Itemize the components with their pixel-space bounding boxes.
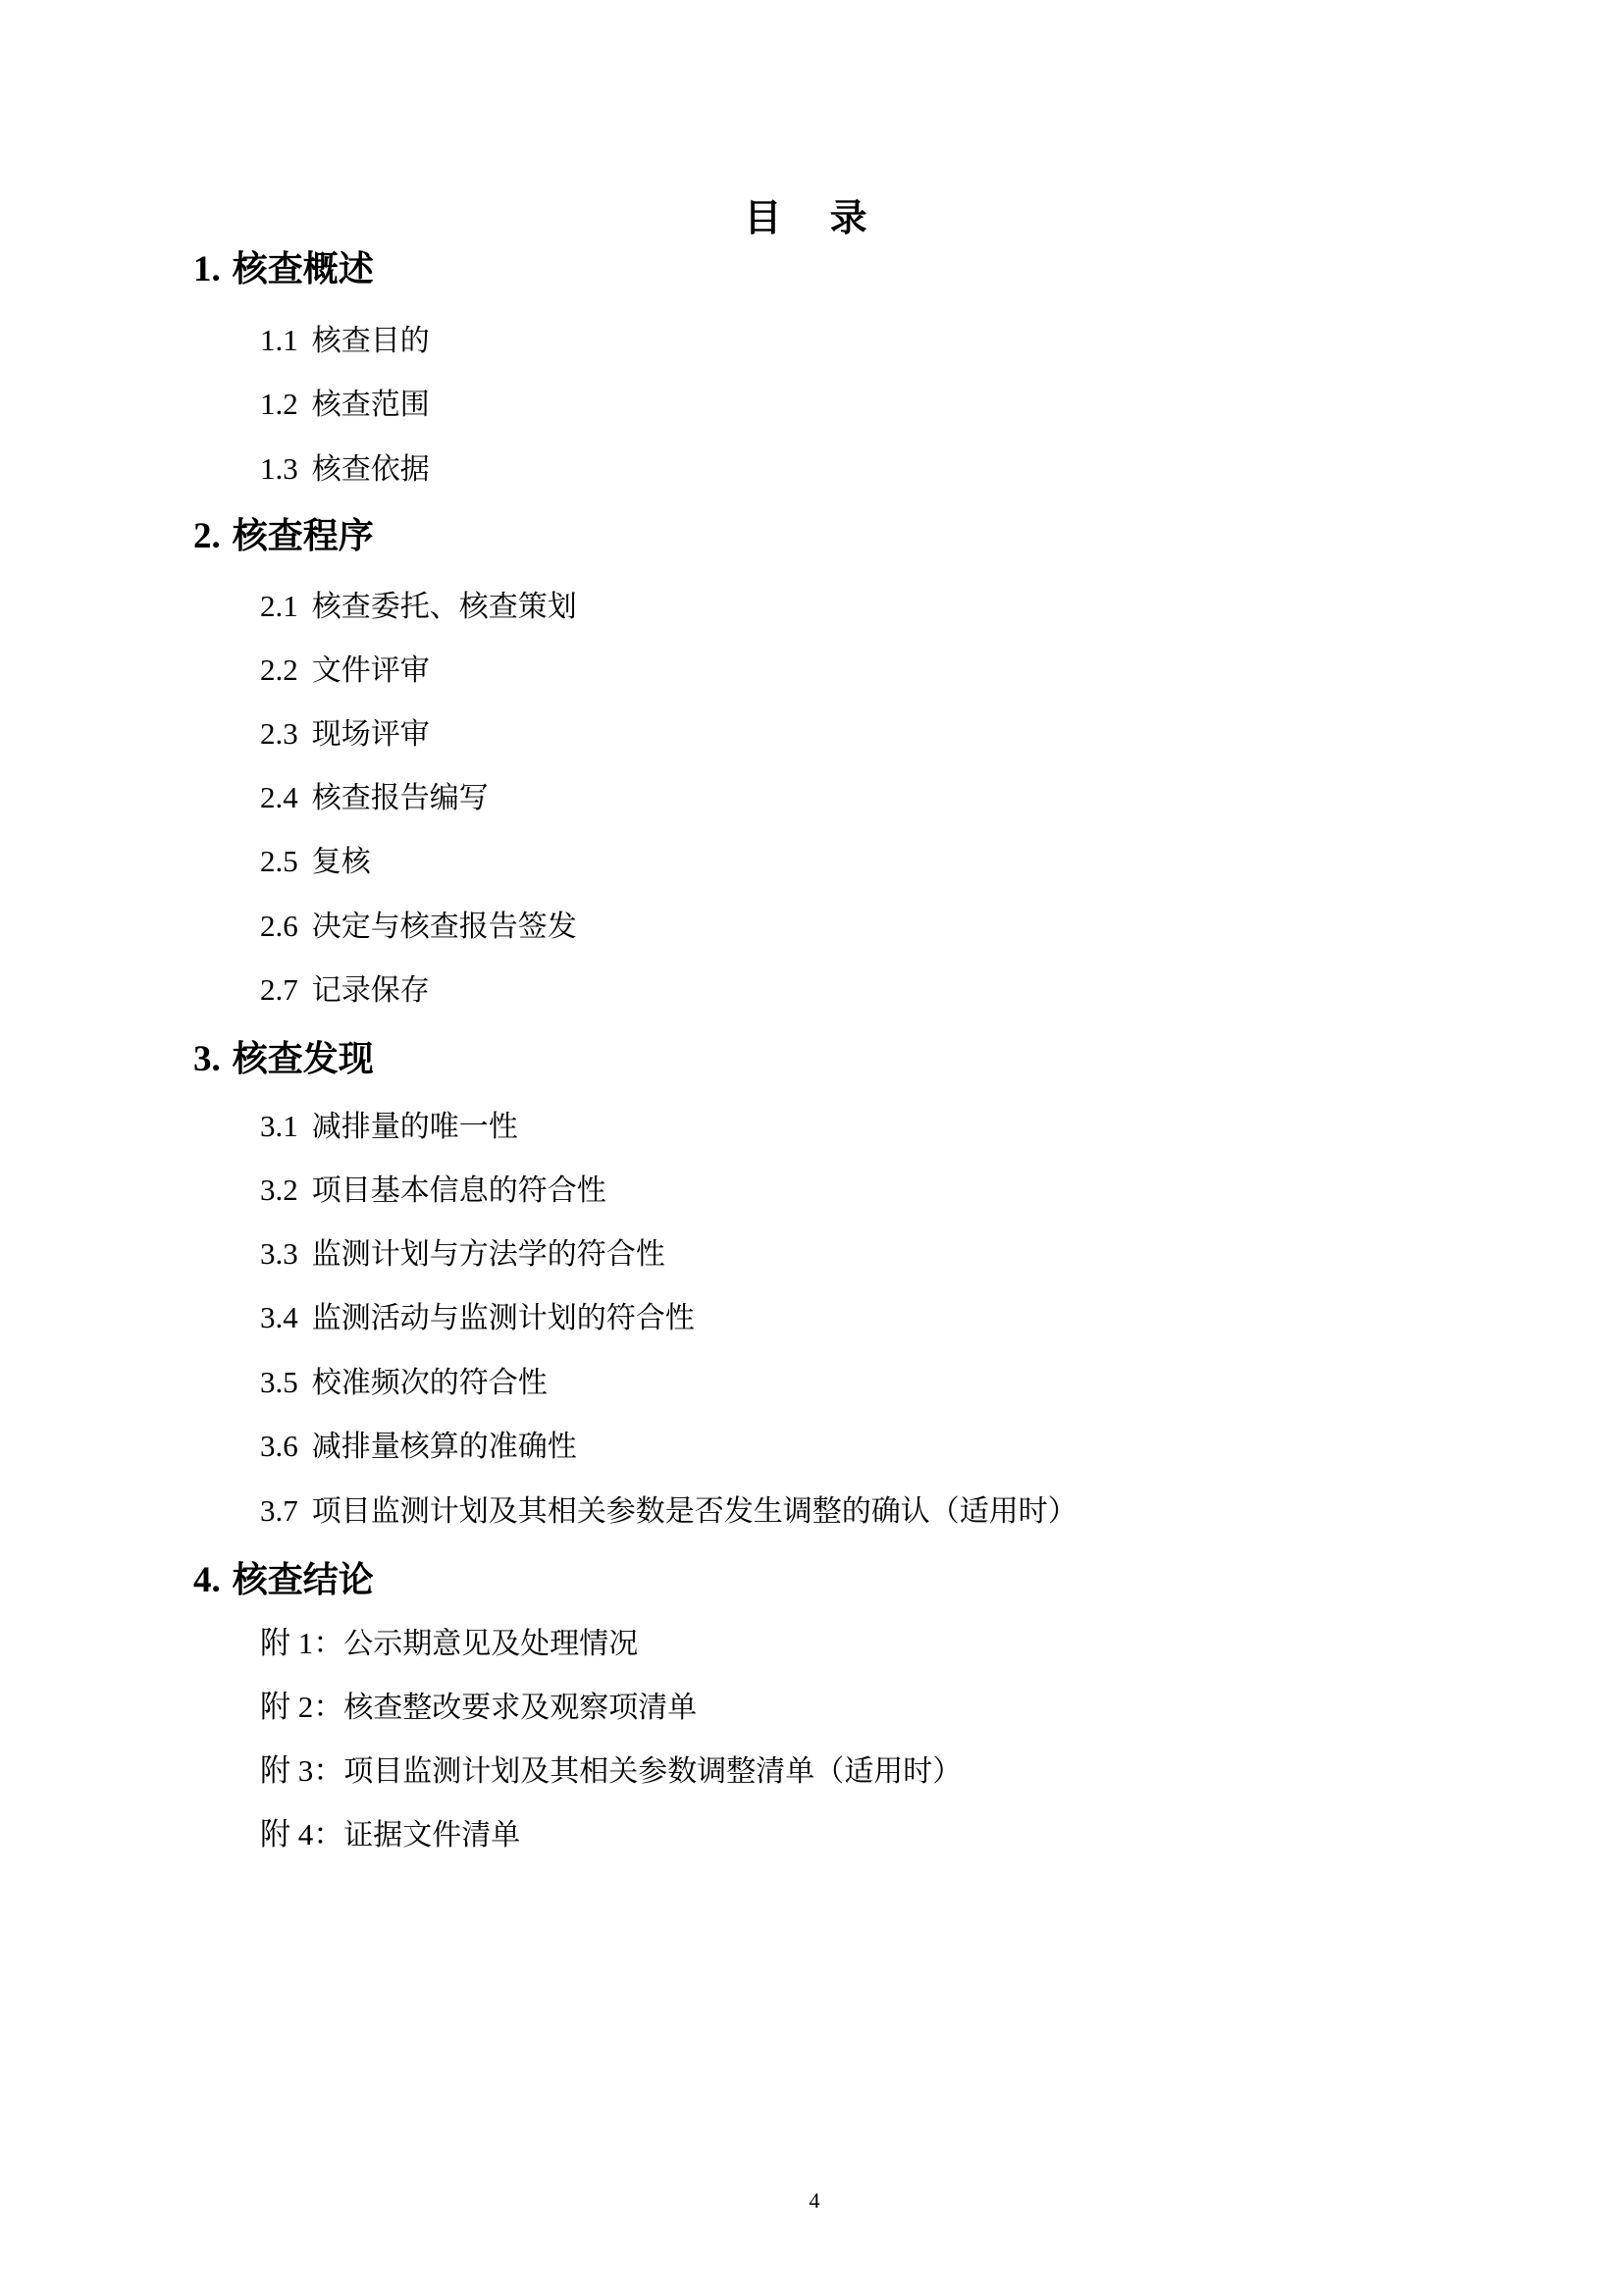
item-label: 记录保存: [312, 973, 430, 1008]
section-number: 2.: [193, 516, 221, 556]
toc-item-2-1[interactable]: 2.1核查委托、核查策划: [260, 587, 577, 627]
toc-appendix-4[interactable]: 附 4：证据文件清单: [260, 1815, 520, 1855]
toc-item-3-7[interactable]: 3.7项目监测计划及其相关参数是否发生调整的确认（适用时）: [260, 1491, 1077, 1532]
toc-section-2[interactable]: 2.核查程序: [193, 515, 374, 558]
section-number: 3.: [193, 1039, 221, 1079]
appendix-label: 公示期意见及处理情况: [343, 1627, 638, 1661]
section-label: 核查结论: [233, 1560, 374, 1600]
appendix-prefix: 附 3：: [260, 1753, 343, 1788]
toc-item-2-2[interactable]: 2.2文件评审: [260, 651, 430, 691]
toc-appendix-1[interactable]: 附 1：公示期意见及处理情况: [260, 1624, 638, 1664]
item-label: 核查范围: [312, 388, 430, 422]
appendix-label: 证据文件清单: [343, 1818, 520, 1852]
toc-item-2-6[interactable]: 2.6决定与核查报告签发: [260, 907, 577, 947]
section-number: 4.: [193, 1560, 221, 1600]
item-label: 监测计划与方法学的符合性: [312, 1237, 665, 1272]
page-number: 4: [0, 2186, 1624, 2216]
item-number: 3.2: [260, 1173, 298, 1207]
toc-item-1-3[interactable]: 1.3核查依据: [260, 449, 430, 490]
appendix-label: 核查整改要求及观察项清单: [343, 1691, 697, 1725]
item-number: 3.6: [260, 1429, 298, 1463]
item-number: 3.1: [260, 1109, 298, 1143]
toc-item-3-6[interactable]: 3.6减排量核算的准确性: [260, 1427, 577, 1467]
item-label: 核查报告编写: [312, 781, 489, 815]
item-label: 校准频次的符合性: [312, 1366, 548, 1400]
item-number: 2.6: [260, 909, 298, 943]
toc-item-1-2[interactable]: 1.2核查范围: [260, 385, 430, 425]
toc-item-2-7[interactable]: 2.7记录保存: [260, 970, 430, 1011]
section-number: 1.: [193, 249, 221, 289]
item-label: 核查委托、核查策划: [312, 590, 577, 624]
item-number: 1.1: [260, 323, 298, 357]
item-label: 核查目的: [312, 324, 430, 358]
toc-item-2-3[interactable]: 2.3现场评审: [260, 714, 430, 755]
toc-item-3-3[interactable]: 3.3监测计划与方法学的符合性: [260, 1234, 665, 1275]
item-number: 2.7: [260, 972, 298, 1007]
toc-section-4[interactable]: 4.核查结论: [193, 1559, 374, 1602]
toc-title: 目 录: [0, 194, 1624, 241]
toc-item-1-1[interactable]: 1.1核查目的: [260, 321, 430, 361]
item-label: 减排量的唯一性: [312, 1110, 518, 1144]
toc-appendix-2[interactable]: 附 2：核查整改要求及观察项清单: [260, 1688, 697, 1728]
section-label: 核查程序: [233, 516, 374, 556]
item-number: 3.7: [260, 1493, 298, 1528]
item-label: 决定与核查报告签发: [312, 910, 577, 944]
item-number: 3.5: [260, 1365, 298, 1399]
item-label: 现场评审: [312, 717, 430, 752]
item-number: 3.3: [260, 1236, 298, 1271]
toc-item-3-2[interactable]: 3.2项目基本信息的符合性: [260, 1171, 606, 1211]
item-number: 2.1: [260, 589, 298, 623]
appendix-prefix: 附 1：: [260, 1626, 343, 1660]
item-label: 复核: [312, 845, 371, 879]
item-number: 1.3: [260, 451, 298, 486]
item-number: 2.5: [260, 844, 298, 878]
toc-item-3-1[interactable]: 3.1减排量的唯一性: [260, 1107, 518, 1147]
item-number: 1.2: [260, 387, 298, 421]
section-label: 核查发现: [233, 1039, 374, 1079]
item-label: 核查依据: [312, 452, 430, 487]
toc-item-3-4[interactable]: 3.4监测活动与监测计划的符合性: [260, 1298, 695, 1338]
item-label: 项目基本信息的符合性: [312, 1174, 606, 1208]
toc-section-3[interactable]: 3.核查发现: [193, 1038, 374, 1081]
item-number: 2.2: [260, 652, 298, 687]
toc-item-3-5[interactable]: 3.5校准频次的符合性: [260, 1363, 548, 1403]
appendix-label: 项目监测计划及其相关参数调整清单（适用时）: [343, 1754, 962, 1789]
toc-section-1[interactable]: 1.核查概述: [193, 248, 374, 291]
appendix-prefix: 附 4：: [260, 1817, 343, 1852]
item-label: 文件评审: [312, 653, 430, 688]
item-label: 项目监测计划及其相关参数是否发生调整的确认（适用时）: [312, 1494, 1077, 1529]
item-label: 监测活动与监测计划的符合性: [312, 1301, 695, 1335]
item-label: 减排量核算的准确性: [312, 1430, 577, 1464]
toc-item-2-4[interactable]: 2.4核查报告编写: [260, 778, 489, 818]
section-label: 核查概述: [233, 249, 374, 289]
item-number: 2.4: [260, 780, 298, 814]
appendix-prefix: 附 2：: [260, 1690, 343, 1724]
item-number: 3.4: [260, 1300, 298, 1334]
toc-item-2-5[interactable]: 2.5复核: [260, 842, 371, 882]
item-number: 2.3: [260, 716, 298, 751]
toc-appendix-3[interactable]: 附 3：项目监测计划及其相关参数调整清单（适用时）: [260, 1751, 962, 1792]
